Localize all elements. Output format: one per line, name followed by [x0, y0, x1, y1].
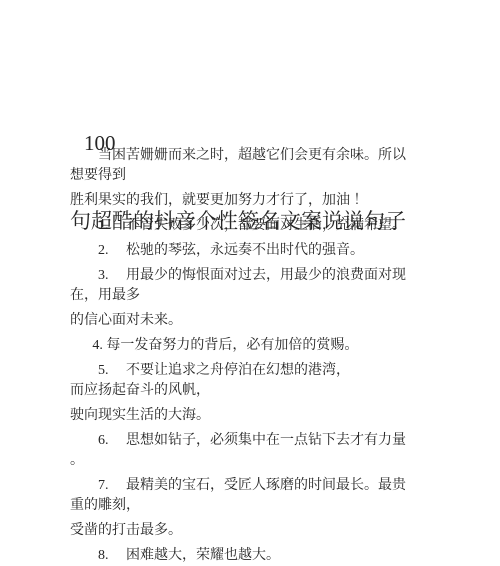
paragraph: 1.不管失败多少次，都要面对生活，充满希望。 [70, 216, 440, 236]
list-number: 6. [98, 431, 126, 451]
paragraph-line: 3.用最少的悔恨面对过去，用最少的浪费面对现 [70, 266, 440, 286]
paragraph-line: 重的雕刻， [70, 496, 440, 516]
list-number: 7. [98, 476, 126, 496]
paragraph-line: 当困苦姗姗而来之时，超越它们会更有余味。所以 [70, 146, 440, 166]
paragraph-line: 5.不要让追求之舟停泊在幻想的港湾， [70, 361, 440, 381]
line-text: 最精美的宝石，受匠人琢磨的时间最长。最贵 [126, 478, 406, 493]
line-text: 重的雕刻， [70, 498, 140, 513]
list-number: 5. [98, 361, 126, 381]
paragraph-line: 。 [70, 451, 440, 471]
document-page: 100 句超酷的抖音个性签名文案说说句子 当困苦姗姗而来之时，超越它们会更有余味… [0, 0, 500, 566]
paragraph-line: 8.困难越大，荣耀也越大。 [70, 546, 440, 566]
paragraph: 胜利果实的我们，就要更加努力才行了，加油 ！ [70, 191, 440, 211]
paragraph-line: 想要得到 [70, 166, 440, 186]
list-number: 8. [98, 546, 126, 566]
paragraph: 8.困难越大，荣耀也越大。 [70, 546, 440, 566]
paragraph: 6.思想如钻子，必须集中在一点钻下去才有力量。 [70, 431, 440, 471]
paragraph: 当困苦姗姗而来之时，超越它们会更有余味。所以想要得到 [70, 146, 440, 186]
line-text: 受凿的打击最多。 [70, 523, 182, 538]
line-text: 困难越大，荣耀也越大。 [126, 548, 280, 563]
line-text: 4. 每一发奋努力的背后，必有加倍的赏赐。 [92, 338, 358, 353]
paragraph-line: 2.松驰的琴弦，永远奏不出时代的强音。 [70, 241, 440, 261]
line-text: 用最少的悔恨面对过去，用最少的浪费面对现 [126, 268, 406, 283]
line-text: 思想如钻子，必须集中在一点钻下去才有力量 [126, 433, 406, 448]
paragraph-line: 1.不管失败多少次，都要面对生活，充满希望。 [70, 216, 440, 236]
line-text: 驶向现实生活的大海。 [70, 408, 210, 423]
list-number: 2. [98, 241, 126, 261]
paragraph-line: 7.最精美的宝石，受匠人琢磨的时间最长。最贵 [70, 476, 440, 496]
line-text: 的信心面对未来。 [70, 313, 182, 328]
paragraph: 5.不要让追求之舟停泊在幻想的港湾，而应扬起奋斗的风帆， [70, 361, 440, 401]
paragraph-line: 在，用最多 [70, 286, 440, 306]
line-text: 在，用最多 [70, 288, 140, 303]
paragraph: 受凿的打击最多。 [70, 521, 440, 541]
paragraph: 7.最精美的宝石，受匠人琢磨的时间最长。最贵重的雕刻， [70, 476, 440, 516]
line-text: 胜利果实的我们，就要更加努力才行了，加油 ！ [70, 193, 368, 208]
line-text: 不管失败多少次，都要面对生活，充满希望。 [126, 218, 406, 233]
paragraph: 的信心面对未来。 [70, 311, 440, 331]
paragraph: 4. 每一发奋努力的背后，必有加倍的赏赐。 [70, 336, 440, 356]
line-text: 当困苦姗姗而来之时，超越它们会更有余味。所以 [98, 148, 406, 163]
paragraph: 3.用最少的悔恨面对过去，用最少的浪费面对现在，用最多 [70, 266, 440, 306]
line-text: 想要得到 [70, 168, 126, 183]
line-text: 松驰的琴弦，永远奏不出时代的强音。 [126, 243, 364, 258]
list-number: 3. [98, 266, 126, 286]
line-text: 而应扬起奋斗的风帆， [70, 383, 210, 398]
paragraph-line: 4. 每一发奋努力的背后，必有加倍的赏赐。 [70, 336, 440, 356]
paragraph-line: 驶向现实生活的大海。 [70, 406, 440, 426]
list-number: 1. [98, 216, 126, 236]
paragraph-line: 受凿的打击最多。 [70, 521, 440, 541]
line-text: 不要让追求之舟停泊在幻想的港湾， [126, 363, 350, 378]
paragraph: 2.松驰的琴弦，永远奏不出时代的强音。 [70, 241, 440, 261]
paragraph-line: 胜利果实的我们，就要更加努力才行了，加油 ！ [70, 191, 440, 211]
document-body: 当困苦姗姗而来之时，超越它们会更有余味。所以想要得到胜利果实的我们，就要更加努力… [70, 146, 440, 566]
line-text: 。 [70, 453, 84, 468]
paragraph-line: 的信心面对未来。 [70, 311, 440, 331]
paragraph: 驶向现实生活的大海。 [70, 406, 440, 426]
paragraph-line: 而应扬起奋斗的风帆， [70, 381, 440, 401]
paragraph-line: 6.思想如钻子，必须集中在一点钻下去才有力量 [70, 431, 440, 451]
